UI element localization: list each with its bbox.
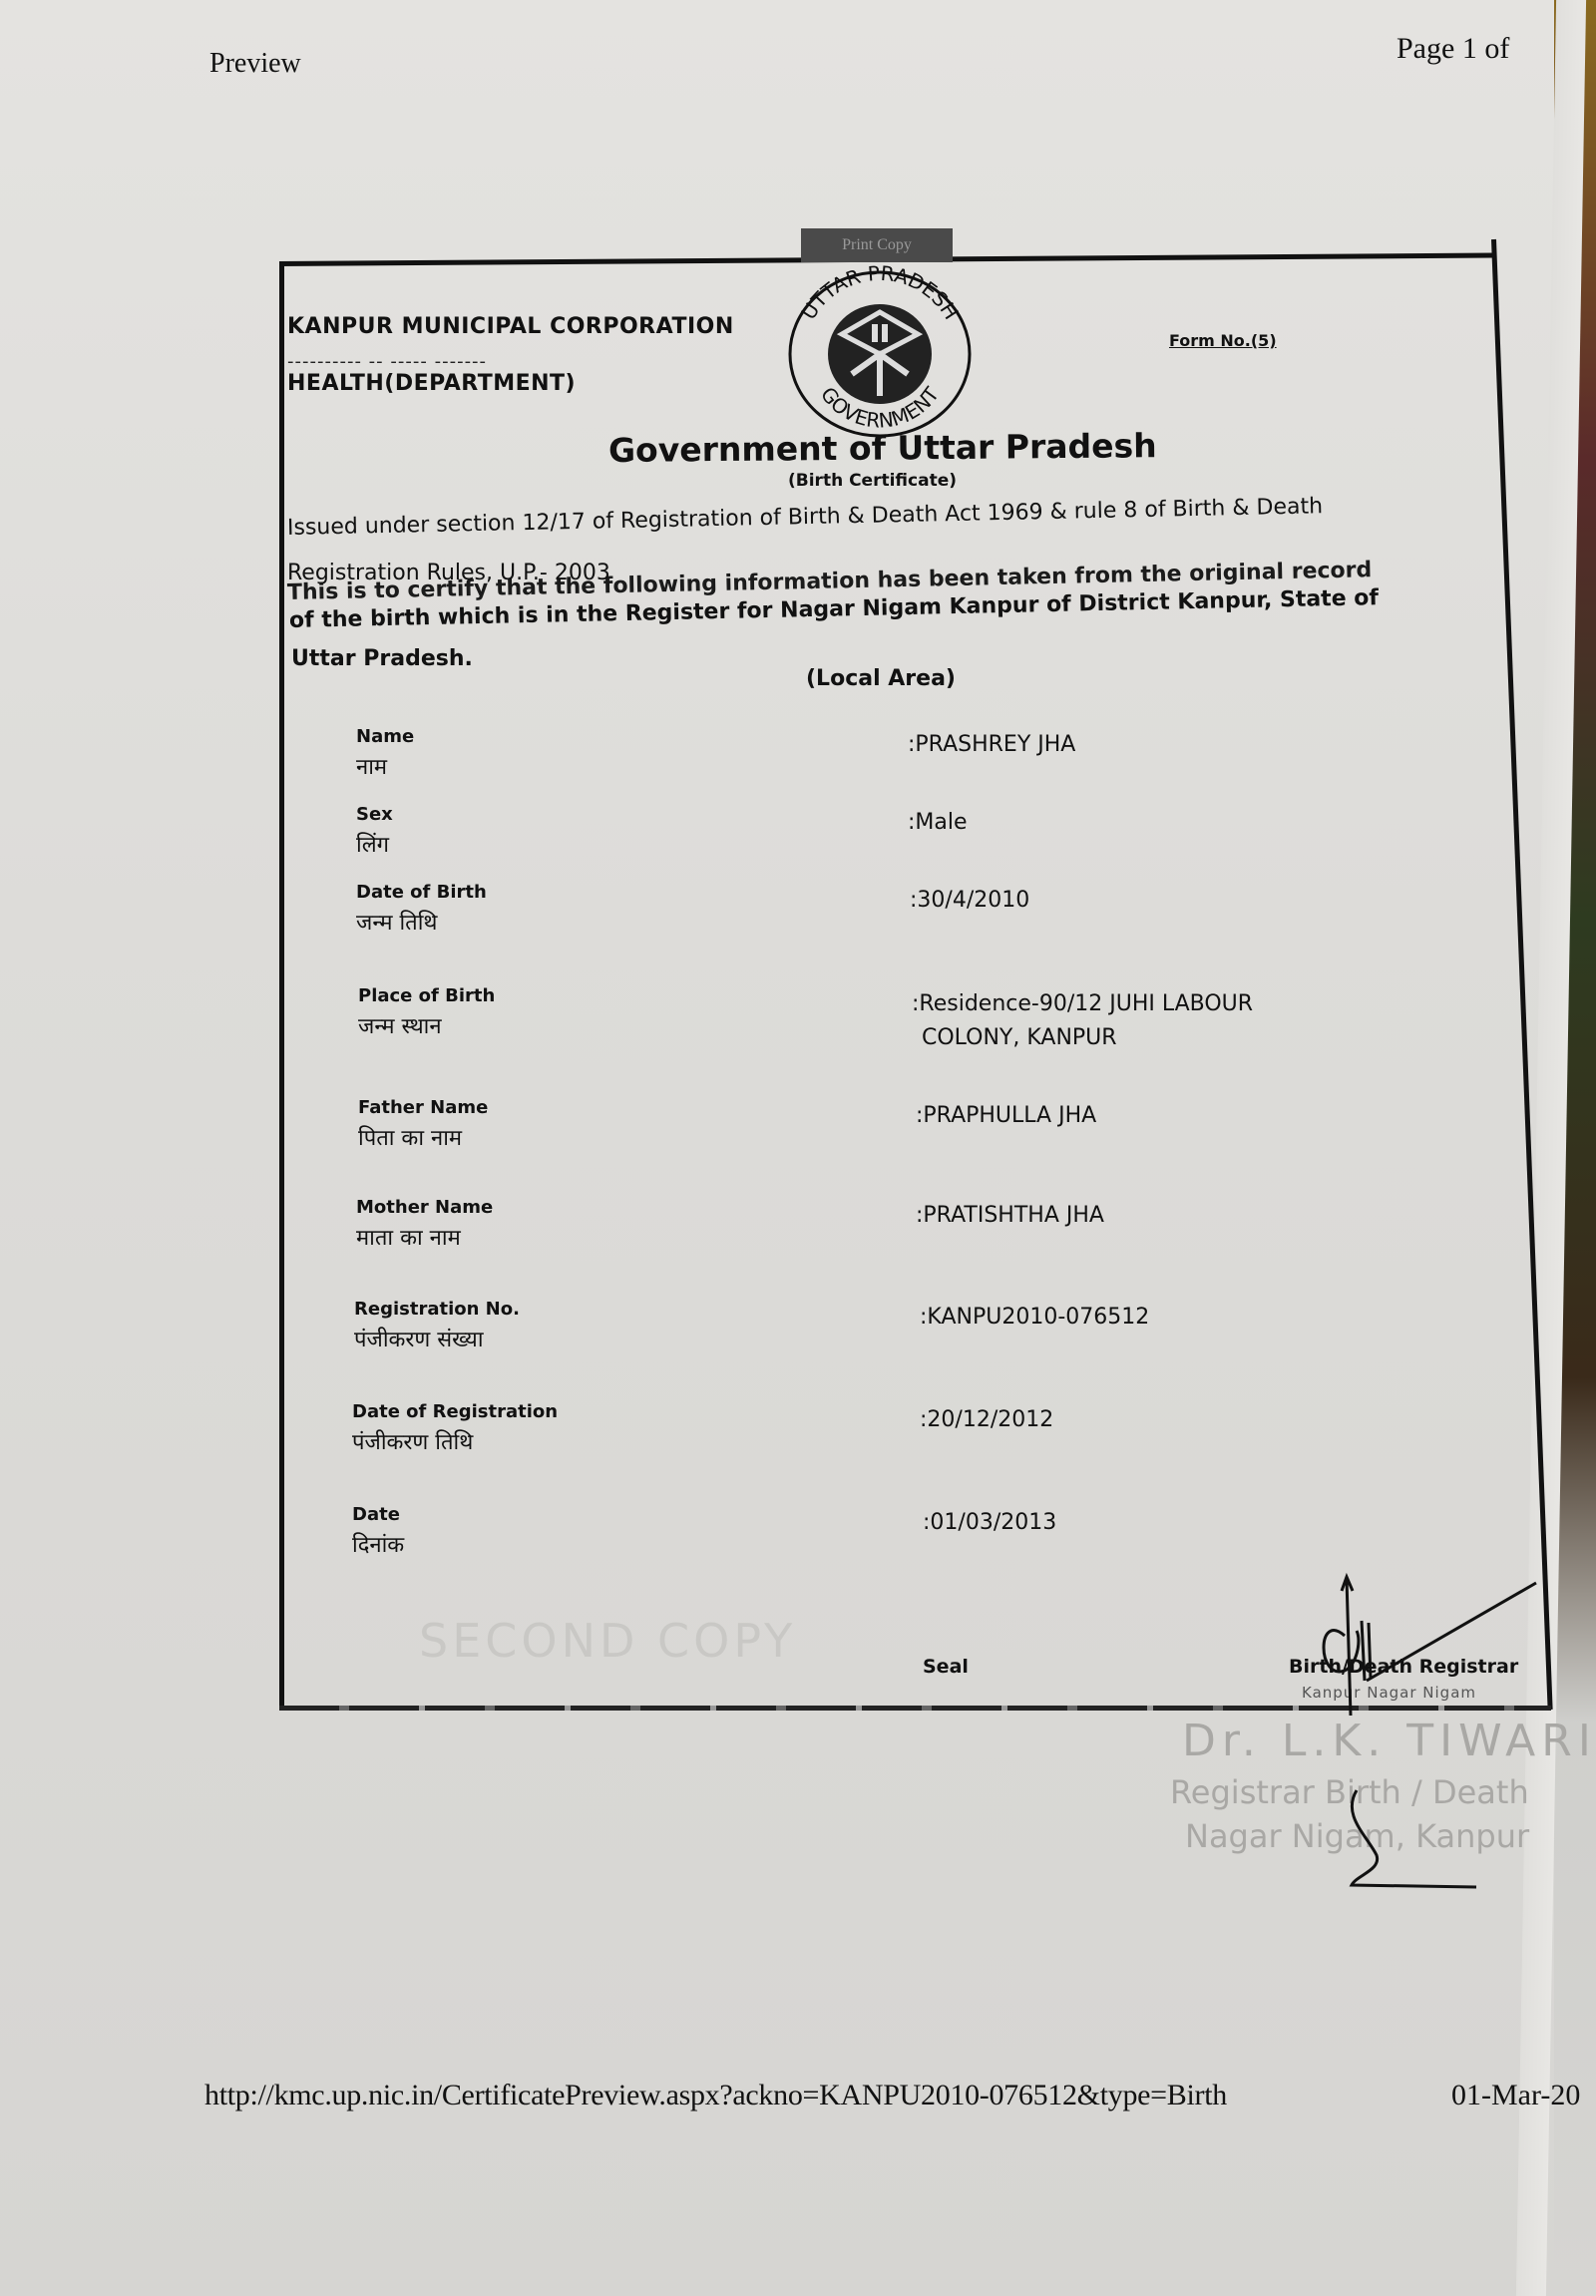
field-label: Sex [356, 804, 393, 825]
field-row: Place of Birthजन्म स्थान [358, 985, 495, 1040]
field-label: Mother Name [356, 1197, 493, 1218]
print-header-title: Preview [209, 48, 301, 80]
field-row: Nameनाम [356, 726, 414, 781]
certify-text-end: Uttar Pradesh. [291, 644, 473, 674]
field-label: Name [356, 726, 414, 747]
registrar-stamp-name: Dr. L.K. TIWARI [1182, 1716, 1596, 1766]
certificate-subtitle: (Birth Certificate) [788, 471, 957, 491]
field-row: Date of Birthजन्म तिथि [356, 882, 487, 937]
certificate-border-left [279, 261, 284, 1710]
field-label: Date [352, 1504, 404, 1525]
department-name: HEALTH(DEPARTMENT) [287, 371, 576, 396]
field-value: :PRATISHTHA JHA [916, 1203, 1104, 1228]
field-value: :KANPU2010-076512 [920, 1305, 1149, 1330]
field-value-cont: COLONY, KANPUR [922, 1025, 1117, 1050]
up-government-emblem-icon: UTTAR PRADESH GOVERNMENT [782, 264, 978, 439]
field-label-hindi: जन्म स्थान [358, 1010, 495, 1040]
field-row: Dateदिनांक [352, 1504, 404, 1559]
form-number: Form No.(5) [1169, 331, 1277, 350]
field-row: Sexलिंग [356, 804, 393, 859]
field-row: Registration No.पंजीकरण संख्या [354, 1299, 520, 1353]
field-label-hindi: दिनांक [352, 1529, 404, 1559]
field-row: Father Nameपिता का नाम [358, 1097, 488, 1152]
certificate-url: http://kmc.up.nic.in/CertificatePreview.… [204, 2079, 1227, 2112]
field-label: Registration No. [354, 1299, 520, 1320]
field-row: Date of Registrationपंजीकरण तिथि [352, 1401, 558, 1456]
field-label: Father Name [358, 1097, 488, 1118]
field-label-hindi: पिता का नाम [358, 1122, 488, 1152]
field-value: :20/12/2012 [920, 1407, 1053, 1432]
field-label-hindi: माता का नाम [356, 1222, 493, 1252]
field-label-hindi: पंजीकरण संख्या [354, 1324, 520, 1353]
corporation-name: KANPUR MUNICIPAL CORPORATION [287, 314, 734, 339]
issued-under-text: Issued under section 12/17 of Registrati… [287, 492, 1324, 544]
field-label-hindi: नाम [356, 751, 414, 781]
field-value: :01/03/2013 [923, 1510, 1056, 1535]
field-label: Place of Birth [358, 985, 495, 1006]
page-number: Page 1 of [1396, 32, 1509, 66]
header-divider: ---------- -- ----- ------- [287, 351, 487, 372]
field-label: Date of Birth [356, 882, 487, 903]
local-area-label: (Local Area) [806, 666, 956, 691]
print-copy-stamp: Print Copy [801, 228, 953, 262]
field-label-hindi: जन्म तिथि [356, 907, 487, 937]
field-row: Mother Nameमाता का नाम [356, 1197, 493, 1252]
field-value: :30/4/2010 [910, 888, 1029, 913]
field-value: :PRAPHULLA JHA [916, 1103, 1096, 1128]
registrar-signature-icon [1287, 1571, 1546, 1721]
field-value: :PRASHREY JHA [908, 732, 1075, 757]
second-copy-watermark: SECOND COPY [419, 1614, 796, 1668]
field-label: Date of Registration [352, 1401, 558, 1422]
field-label-hindi: पंजीकरण तिथि [352, 1426, 558, 1456]
field-label-hindi: लिंग [356, 829, 393, 859]
certificate-title: Government of Uttar Pradesh [608, 426, 1157, 470]
seal-label: Seal [923, 1656, 969, 1678]
field-value: :Male [908, 810, 968, 835]
stamp-signature-icon [1337, 1785, 1486, 1895]
print-date: 01-Mar-20 [1451, 2079, 1580, 2112]
field-value: :Residence-90/12 JUHI LABOUR [912, 991, 1253, 1016]
